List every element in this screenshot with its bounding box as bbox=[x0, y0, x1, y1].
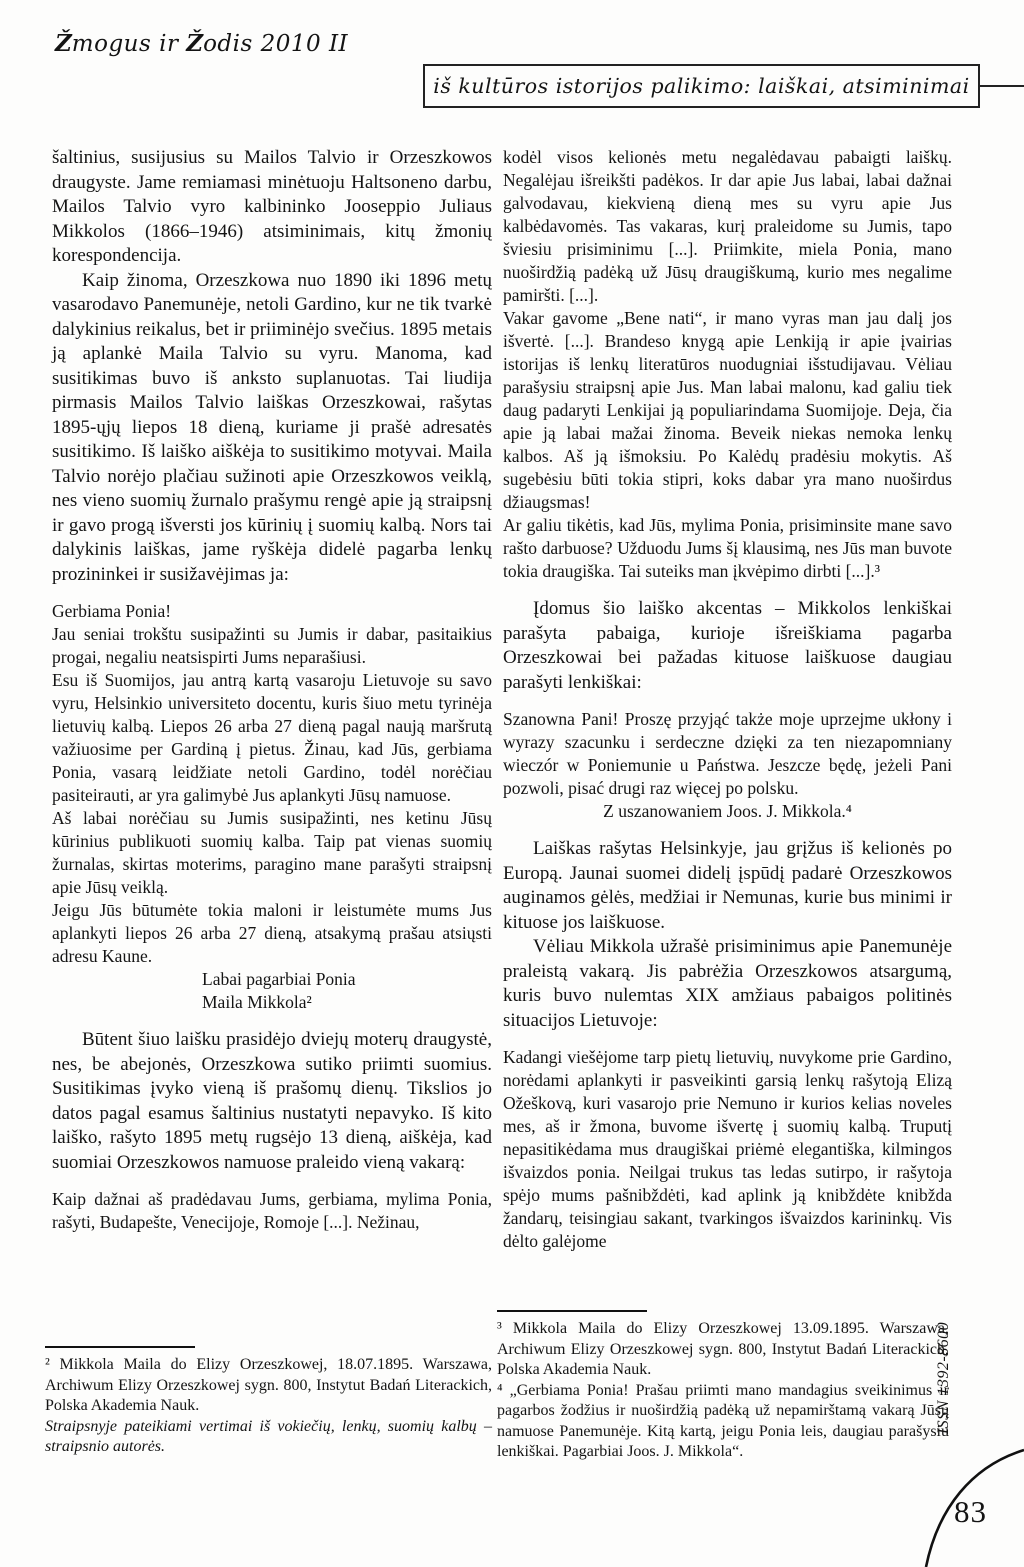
issn-label: ISSN 1392-8600 bbox=[935, 1303, 955, 1453]
letter-line: Gerbiama Ponia! bbox=[52, 600, 492, 623]
paragraph: šaltinius, susijusius su Mailos Talvio i… bbox=[52, 146, 492, 269]
letter-line: Ar galiu tikėtis, kad Jūs, mylima Ponia,… bbox=[503, 514, 952, 583]
footnote: ² Mikkola Maila do Elizy Orzeszkowej, 18… bbox=[45, 1355, 492, 1417]
left-column: šaltinius, susijusius su Mailos Talvio i… bbox=[52, 146, 492, 1234]
signature-line: Maila Mikkola² bbox=[202, 991, 492, 1014]
paragraph: Kaip žinoma, Orzeszkowa nuo 1890 iki 189… bbox=[52, 269, 492, 588]
footnote: ⁴ „Gerbiama Ponia! Prašau priimti mano m… bbox=[497, 1381, 949, 1463]
right-footnotes: ³ Mikkola Maila do Elizy Orzeszkowej 13.… bbox=[497, 1310, 949, 1463]
letter-excerpt: Kadangi viešėjome tarp pietų lietuvių, n… bbox=[503, 1046, 952, 1253]
letter-line: Kadangi viešėjome tarp pietų lietuvių, n… bbox=[503, 1046, 952, 1253]
journal-title-initial: Ž bbox=[186, 30, 203, 57]
left-footnotes: ² Mikkola Maila do Elizy Orzeszkowej, 18… bbox=[45, 1346, 492, 1458]
section-title-box: iš kultūros istorijos palikimo: laiškai,… bbox=[423, 64, 980, 108]
section-box-rule bbox=[978, 85, 1024, 87]
right-column: kodėl visos kelionės metu negalėdavau pa… bbox=[503, 146, 952, 1253]
letter-excerpt: Kaip dažnai aš pradėdavau Jums, gerbiama… bbox=[52, 1188, 492, 1234]
letter-line: Vakar gavome „Bene nati“, ir mano vyras … bbox=[503, 307, 952, 514]
page-number: 83 bbox=[954, 1494, 987, 1530]
paragraph: Įdomus šio laiško akcentas – Mikkolos le… bbox=[503, 597, 952, 695]
journal-title: Žmogus ir Žodis 2010 II bbox=[55, 30, 348, 57]
footnote-rule bbox=[45, 1346, 195, 1348]
letter-line: Jeigu Jūs būtumėte tokia maloni ir leist… bbox=[52, 899, 492, 968]
letter-excerpt: Gerbiama Ponia! Jau seniai trokštu susip… bbox=[52, 600, 492, 968]
footnote: ³ Mikkola Maila do Elizy Orzeszkowej 13.… bbox=[497, 1319, 949, 1381]
journal-title-initial: Ž bbox=[55, 30, 72, 57]
letter-line: Aš labai norėčiau su Jumis susipažinti, … bbox=[52, 807, 492, 899]
paragraph: Vėliau Mikkola užrašė prisiminimus apie … bbox=[503, 935, 952, 1033]
journal-page: Žmogus ir Žodis 2010 II iš kultūros isto… bbox=[0, 0, 1024, 1567]
journal-title-part: mogus ir bbox=[72, 31, 186, 57]
letter-line: Szanowna Pani! Proszę przyjąć także moje… bbox=[503, 708, 952, 800]
signature-line: Labai pagarbiai Ponia bbox=[202, 968, 492, 991]
letter-signature: Labai pagarbiai Ponia Maila Mikkola² bbox=[202, 968, 492, 1014]
letter-excerpt: Szanowna Pani! Proszę przyjąć także moje… bbox=[503, 708, 952, 823]
footnote-rule bbox=[497, 1310, 647, 1312]
letter-line: kodėl visos kelionės metu negalėdavau pa… bbox=[503, 146, 952, 307]
footnote-author-note: Straipsnyje pateikiami vertimai iš vokie… bbox=[45, 1417, 492, 1458]
section-title: iš kultūros istorijos palikimo: laiškai,… bbox=[433, 74, 969, 98]
letter-line: Kaip dažnai aš pradėdavau Jums, gerbiama… bbox=[52, 1188, 492, 1234]
paragraph: Laiškas rašytas Helsinkyje, jau grįžus i… bbox=[503, 837, 952, 935]
signature-line: Z uszanowaniem Joos. J. Mikkola.⁴ bbox=[503, 800, 952, 823]
letter-excerpt: kodėl visos kelionės metu negalėdavau pa… bbox=[503, 146, 952, 583]
letter-line: Jau seniai trokštu susipažinti su Jumis … bbox=[52, 623, 492, 669]
letter-line: Esu iš Suomijos, jau antrą kartą vasaroj… bbox=[52, 669, 492, 807]
journal-title-part: odis 2010 II bbox=[203, 31, 348, 57]
paragraph: Būtent šiuo laišku prasidėjo dviejų mote… bbox=[52, 1028, 492, 1175]
